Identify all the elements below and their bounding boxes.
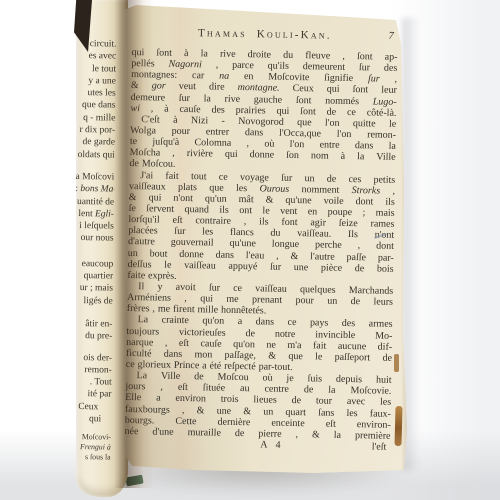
edge-stain-large	[394, 406, 402, 446]
left-text-fragment: q - mille	[76, 112, 115, 125]
left-text-fragment: y a une	[77, 75, 116, 88]
left-text-fragment: our nous	[75, 232, 114, 245]
left-text-fragment: : bons Ma-	[75, 183, 114, 196]
running-header: Thamas Kouli-Kan. 7	[132, 26, 398, 46]
edge-stain-small	[394, 354, 399, 372]
left-text-fragment: du pre-	[73, 330, 112, 343]
page-number: 7	[389, 31, 394, 42]
left-page-text-fragments: circuit.es avecle touty a uneutes lesque…	[71, 0, 122, 500]
left-text-fragment: . Tout	[73, 376, 112, 389]
left-text-fragment: s ſous la	[72, 452, 111, 463]
left-text-fragment: que dans	[76, 99, 115, 112]
signature-mark: A 4	[260, 440, 283, 451]
catchword: l'eſt	[372, 442, 387, 453]
left-text-fragment: qui	[72, 413, 111, 426]
left-text-fragment: Moſcovi-	[72, 432, 111, 443]
header-title: Thamas Kouli-Kan.	[198, 27, 332, 41]
left-text-fragment: uantité de	[75, 196, 114, 209]
left-text-fragment: Frengui à	[72, 442, 111, 453]
left-text-fragment: eaucoup	[74, 258, 113, 271]
left-text-fragment: a Moſcovie	[75, 171, 114, 184]
left-text-fragment: utes les	[77, 87, 116, 100]
left-text-fragment: âtir en-	[73, 318, 112, 331]
left-text-fragment: ligés de	[74, 295, 113, 308]
left-text-fragment: i leſquels	[75, 220, 114, 233]
left-text-fragment: remon-	[73, 364, 112, 377]
left-text-fragment: le tout	[77, 63, 116, 76]
left-text-fragment: Ceux	[72, 401, 111, 414]
left-text-fragment: ois der-	[73, 351, 112, 364]
left-text-fragment: es avec	[77, 50, 116, 63]
book-photo: Thamas Kouli-Kan. 7 qui ſont à la rive d…	[0, 0, 500, 500]
left-text-fragment: ité par	[72, 388, 111, 401]
page-text-block: Thamas Kouli-Kan. 7 qui ſont à la rive d…	[124, 26, 398, 455]
left-text-fragment: r dix por-	[76, 124, 115, 137]
left-text-fragment: quartier	[74, 270, 113, 283]
left-text-fragment: lent Egli-	[75, 208, 114, 221]
left-text-fragment: oldats qui	[76, 149, 115, 162]
left-text-fragment: ur ; mais	[74, 282, 113, 295]
right-page: Thamas Kouli-Kan. 7 qui ſont à la rive d…	[124, 2, 408, 476]
left-text-fragment: circuit.	[77, 38, 116, 51]
left-text-fragment: de garde	[76, 136, 115, 149]
body-text: qui ſont à la rive droite du fleuve , ſo…	[124, 47, 397, 442]
